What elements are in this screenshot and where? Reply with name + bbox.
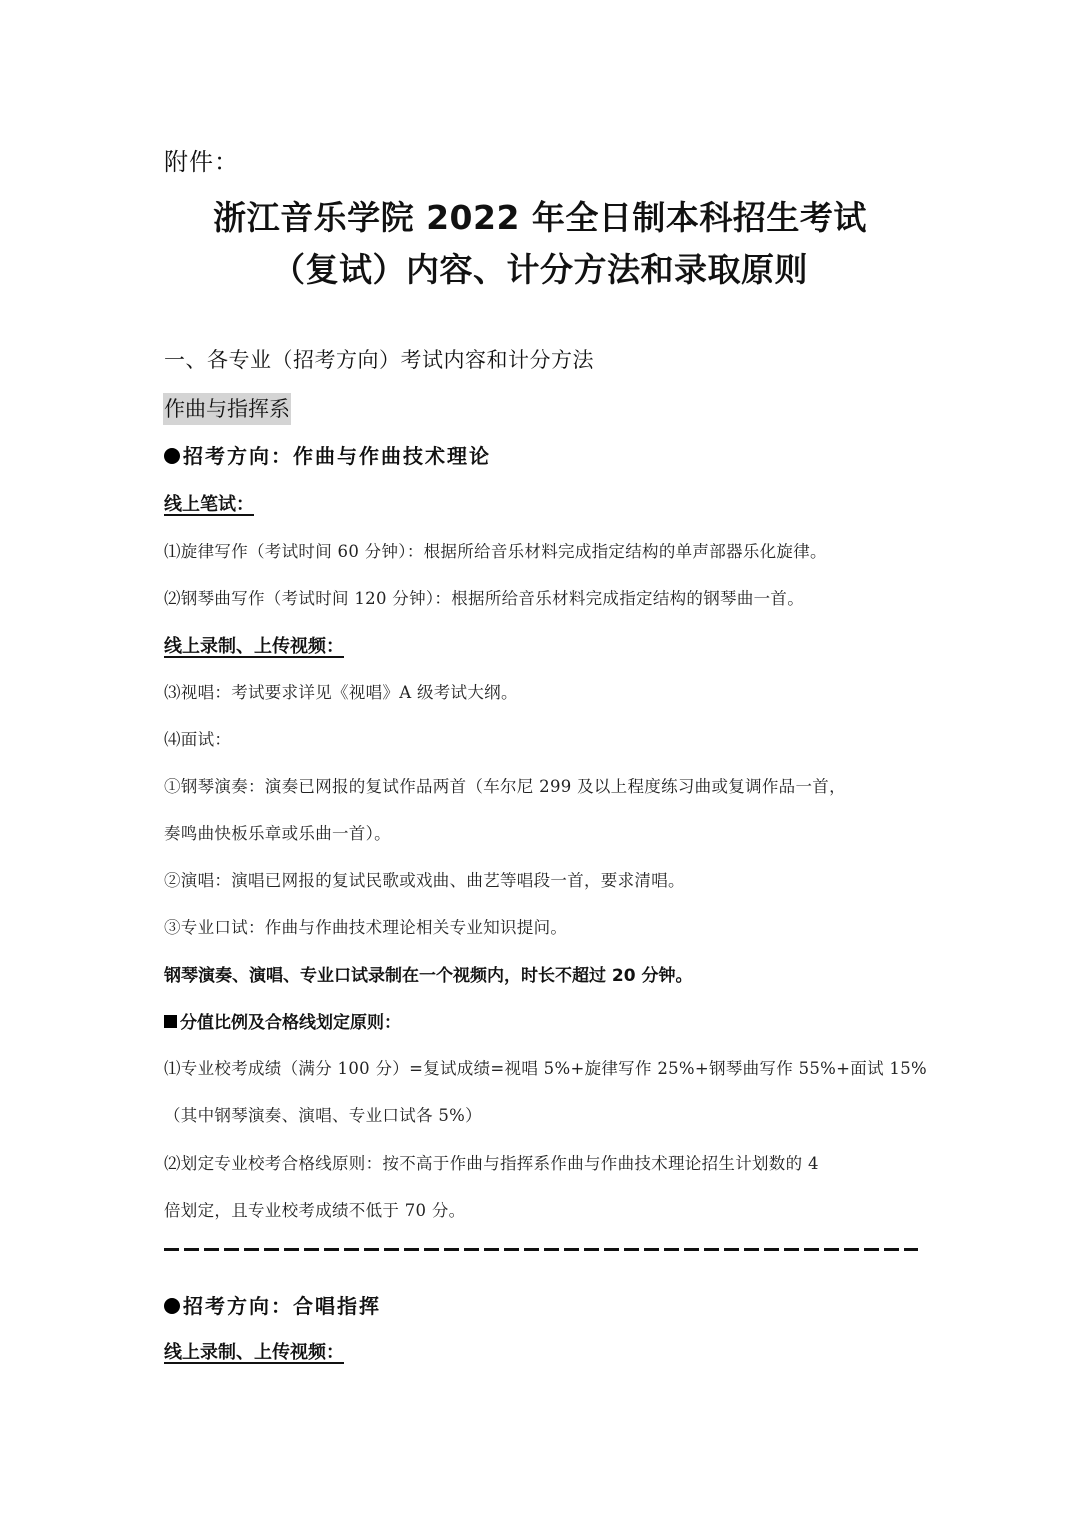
exam-item-2: ⑵钢琴曲写作（考试时间 120 分钟）：根据所给音乐材料完成指定结构的钢琴曲一首… — [164, 585, 804, 609]
interview-item-piano-cont: 奏鸣曲快板乐章或乐曲一首）。 — [164, 820, 391, 844]
video-upload-heading-text: 线上录制、上传视频： — [164, 636, 344, 657]
video-upload-heading-choral: 线上录制、上传视频： — [164, 1338, 352, 1364]
scoring-heading-text: 分值比例及合格线划定原则： — [180, 1013, 401, 1033]
scoring-item-2: ⑵划定专业校考合格线原则：按不高于作曲与指挥系作曲与作曲技术理论招生计划数的 4 — [164, 1150, 819, 1174]
direction-heading-choral: 招考方向：合唱指挥 — [164, 1290, 381, 1319]
document-title-line-2: （复试）内容、计分方法和录取原则 — [0, 244, 1080, 291]
document-page: 附件： 浙江音乐学院 2022 年全日制本科招生考试 （复试）内容、计分方法和录… — [0, 0, 1080, 1527]
scoring-item-1: ⑴专业校考成绩（满分 100 分）=复试成绩=视唱 5%+旋律写作 25%+钢琴… — [164, 1055, 927, 1079]
recording-note: 钢琴演奏、演唱、专业口试录制在一个视频内，时长不超过 20 分钟。 — [164, 961, 693, 986]
bullet-dot-icon — [164, 448, 180, 464]
direction-label: 招考方向：合唱指挥 — [183, 1294, 381, 1318]
document-title-line-1: 浙江音乐学院 2022 年全日制本科招生考试 — [0, 192, 1080, 239]
exam-item-3: ⑶视唱：考试要求详见《视唱》A 级考试大纲。 — [164, 679, 518, 703]
video-upload-heading-text: 线上录制、上传视频： — [164, 1342, 344, 1363]
dashed-divider — [164, 1248, 918, 1251]
interview-item-oral: ③专业口试：作曲与作曲技术理论相关专业知识提问。 — [164, 914, 567, 938]
scoring-item-2-cont: 倍划定，且专业校考成绩不低于 70 分。 — [164, 1197, 466, 1221]
direction-label: 招考方向：作曲与作曲技术理论 — [183, 444, 491, 468]
scoring-item-1-cont: （其中钢琴演奏、演唱、专业口试各 5%） — [164, 1102, 482, 1126]
scoring-heading: 分值比例及合格线划定原则： — [164, 1008, 401, 1033]
attachment-label: 附件： — [164, 142, 239, 177]
direction-heading-composition: 招考方向：作曲与作曲技术理论 — [164, 440, 491, 469]
interview-item-piano: ①钢琴演奏：演奏已网报的复试作品两首（车尔尼 299 及以上程度练习曲或复调作品… — [164, 773, 846, 797]
section-heading: 一、各专业（招考方向）考试内容和计分方法 — [164, 344, 594, 374]
exam-item-1: ⑴旋律写作（考试时间 60 分钟）：根据所给音乐材料完成指定结构的单声部器乐化旋… — [164, 538, 827, 562]
online-written-heading: 线上笔试： — [164, 490, 262, 516]
department-heading: 作曲与指挥系 — [163, 393, 291, 425]
bullet-dot-icon — [164, 1298, 180, 1314]
video-upload-heading: 线上录制、上传视频： — [164, 632, 352, 658]
exam-item-4: ⑷面试： — [164, 726, 231, 750]
square-bullet-icon — [164, 1015, 177, 1028]
online-written-heading-text: 线上笔试： — [164, 494, 254, 515]
interview-item-singing: ②演唱：演唱已网报的复试民歌或戏曲、曲艺等唱段一首，要求清唱。 — [164, 867, 685, 891]
